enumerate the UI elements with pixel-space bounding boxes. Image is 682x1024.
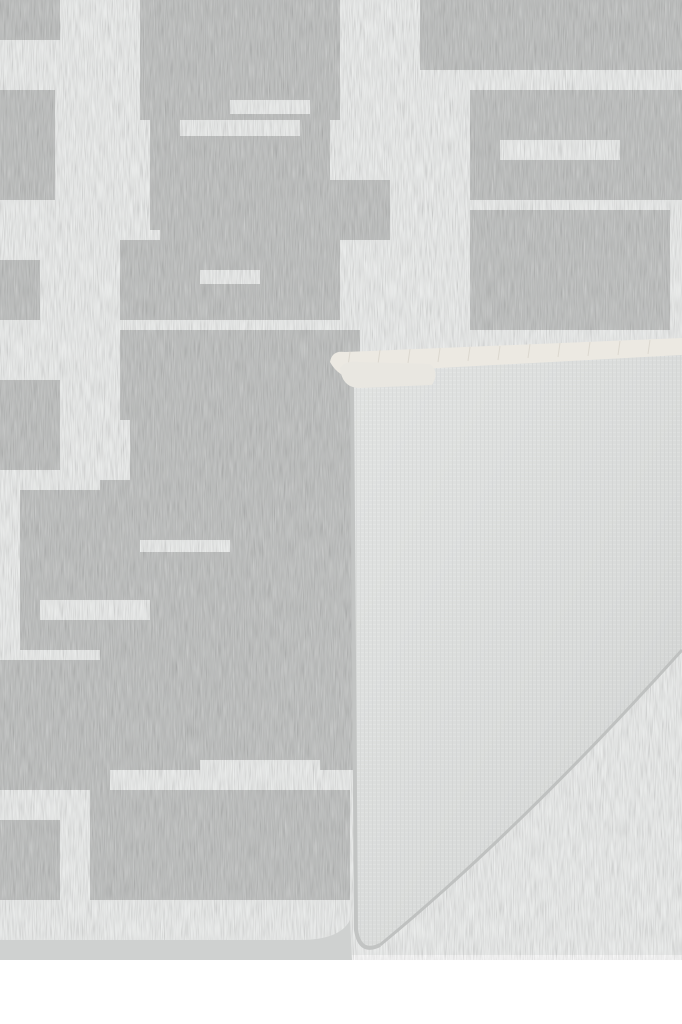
rug-illustration (0, 0, 682, 1024)
corner-tab (340, 362, 436, 388)
rug-photo (0, 0, 682, 1024)
